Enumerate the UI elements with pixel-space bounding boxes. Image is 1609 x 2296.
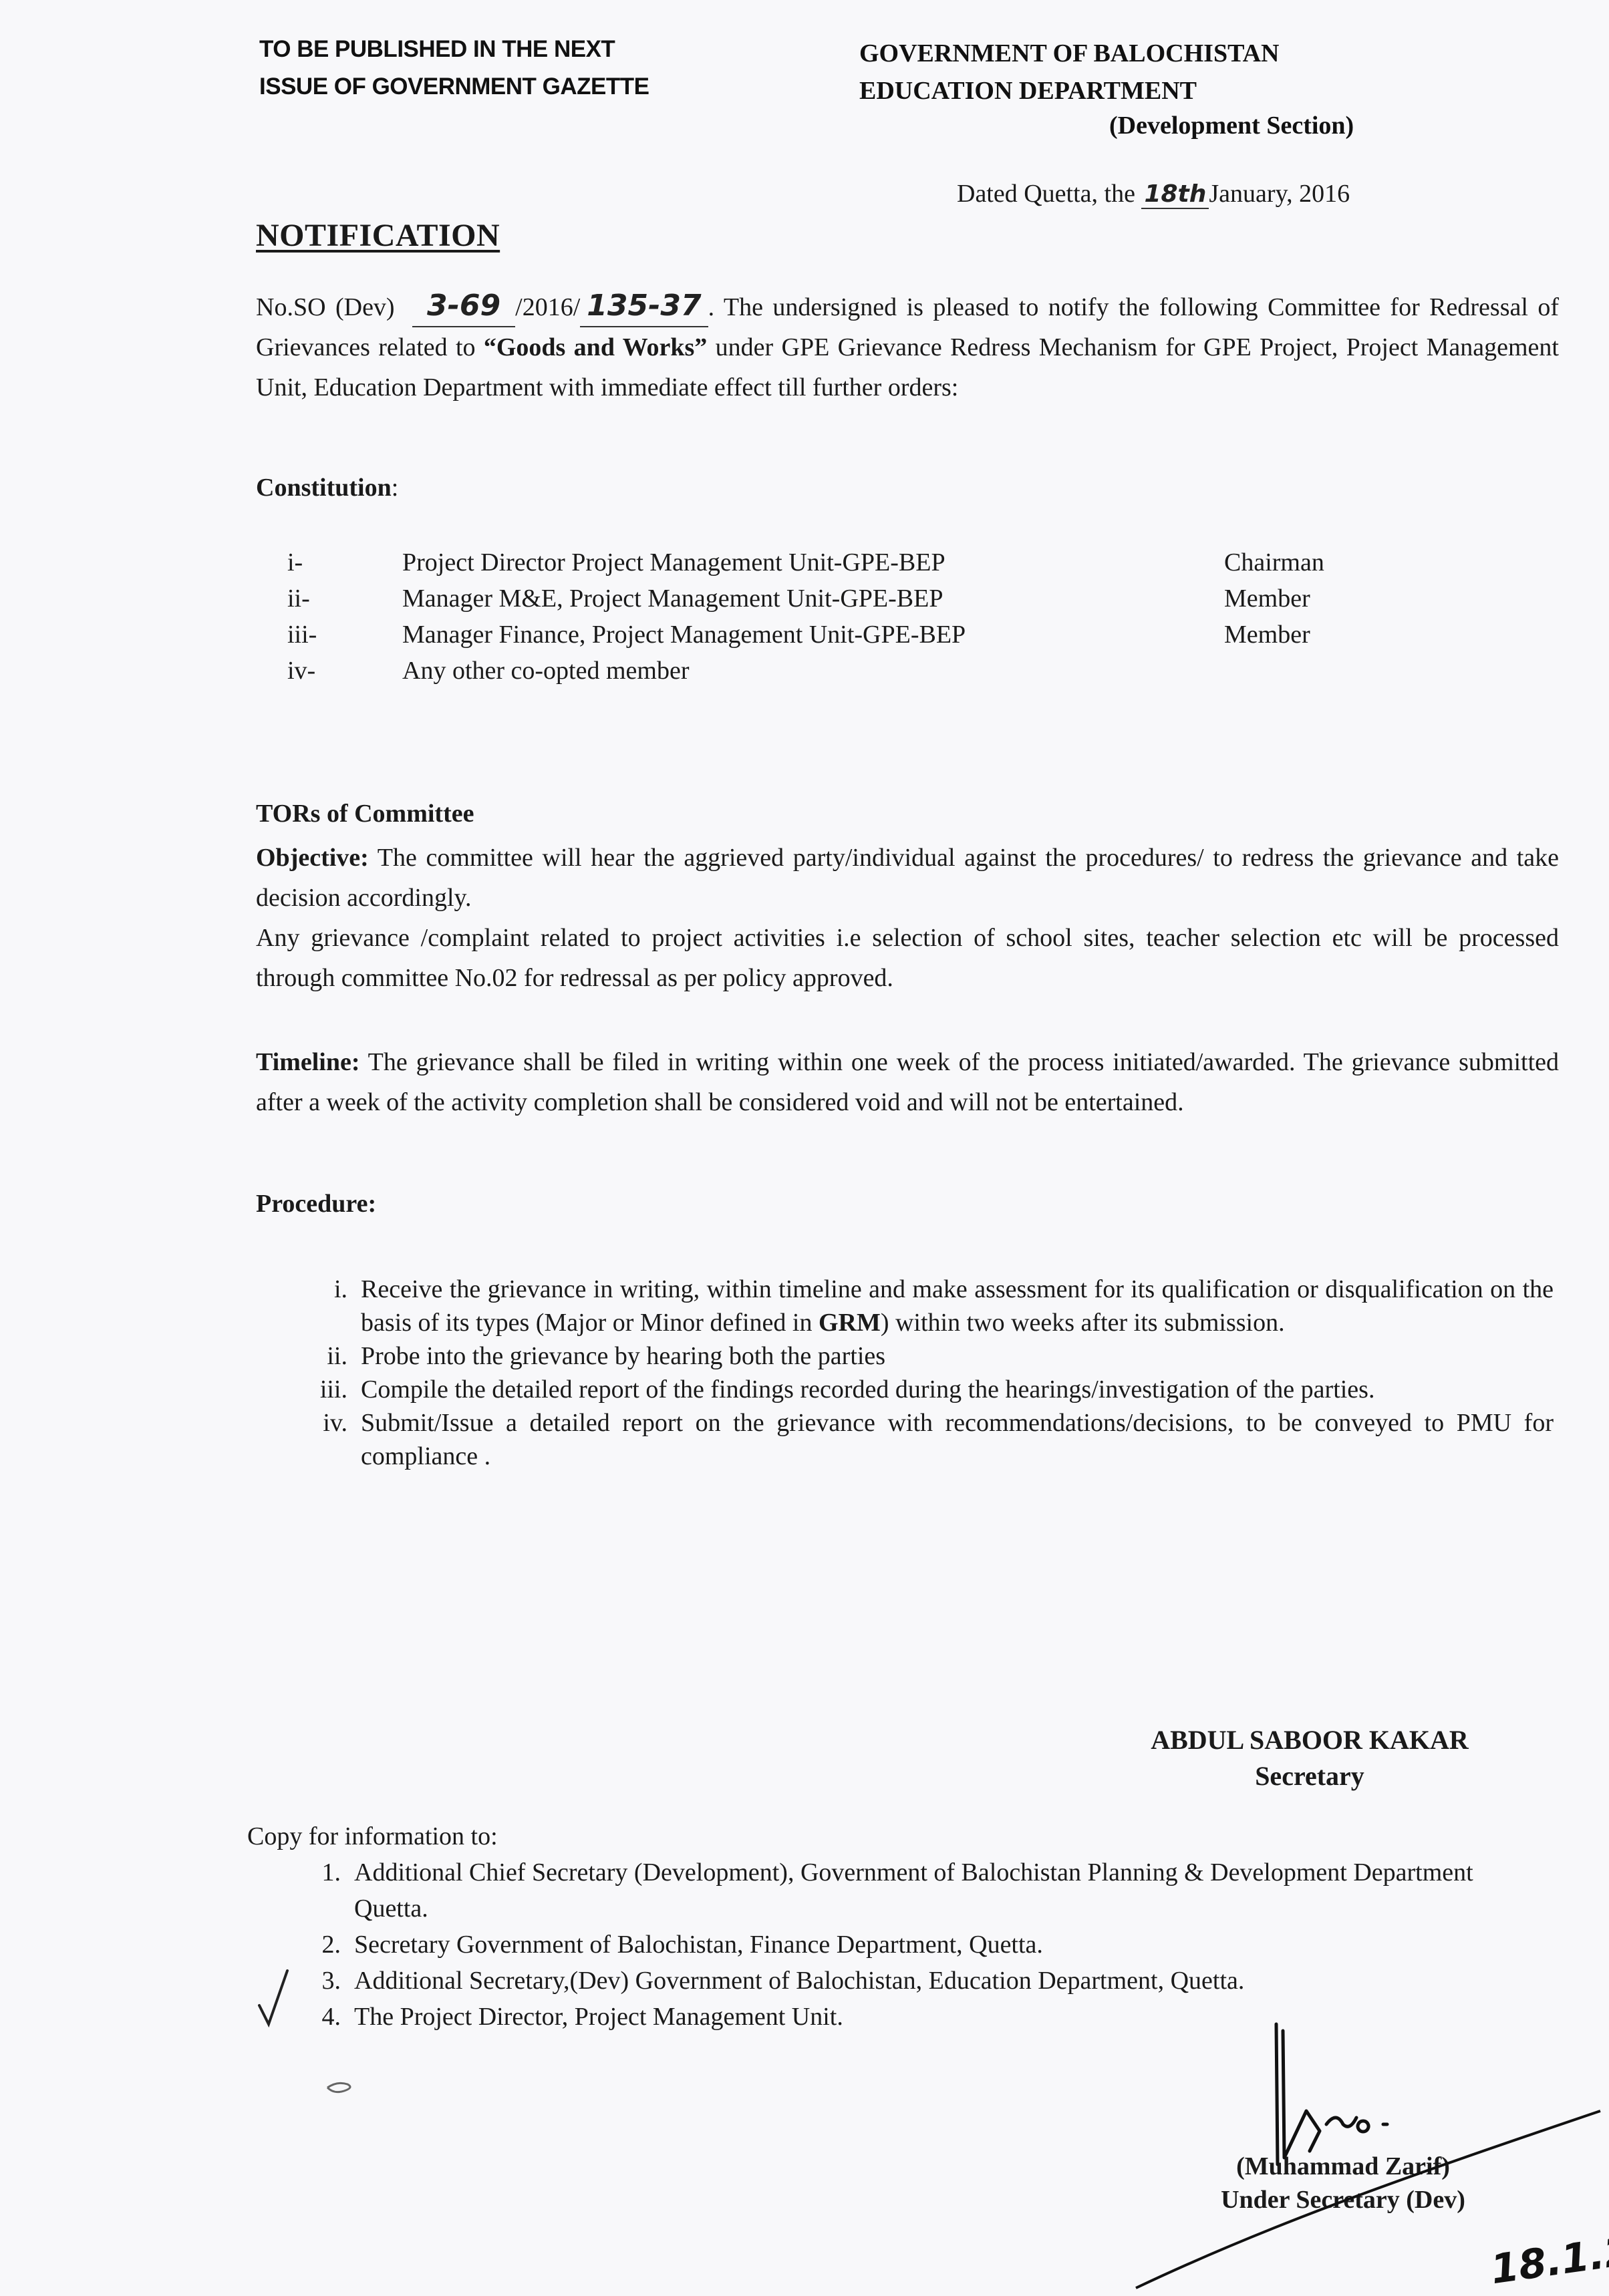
date-line: Dated Quetta, the 18thJanuary, 2016 — [957, 179, 1350, 209]
tors-note: Any grievance /complaint related to proj… — [256, 918, 1559, 998]
member-description: Project Director Project Management Unit… — [402, 544, 1224, 581]
member-role — [1224, 653, 1370, 689]
procedure-number: ii. — [294, 1339, 361, 1373]
copy-to-text: Secretary Government of Balochistan, Fin… — [354, 1927, 1550, 1963]
copy-to-item: 4. The Project Director, Project Managem… — [247, 1999, 1550, 2035]
copy-to-text: The Project Director, Project Management… — [354, 1999, 1550, 2035]
member-number: iv- — [287, 653, 402, 689]
under-secretary-name: (Muhammad Zarif) — [1189, 2150, 1497, 2183]
member-number: i- — [287, 544, 402, 581]
gazette-line-2: ISSUE OF GOVERNMENT GAZETTE — [259, 68, 649, 106]
handwritten-day: 18th — [1141, 180, 1209, 209]
notification-prefix: No.SO (Dev) — [256, 293, 395, 321]
goods-and-works: “Goods and Works” — [484, 333, 707, 361]
signatory-name: ABDUL SABOOR KAKAR — [1096, 1722, 1523, 1758]
member-role: Member — [1224, 581, 1370, 617]
constitution-heading: Constitution: — [256, 473, 398, 502]
grm-term: GRM — [819, 1309, 881, 1337]
committee-members: i- Project Director Project Management U… — [287, 544, 1370, 689]
under-secretary-title: Under Secretary (Dev) — [1189, 2183, 1497, 2217]
procedure-number: iii. — [294, 1373, 361, 1406]
procedure-text: Probe into the grievance by hearing both… — [361, 1339, 1554, 1373]
procedure-item: iv. Submit/Issue a detailed report on th… — [294, 1406, 1554, 1473]
procedure-item: ii. Probe into the grievance by hearing … — [294, 1339, 1554, 1373]
objective-paragraph: Objective: The committee will hear the a… — [256, 838, 1559, 918]
under-secretary-block: (Muhammad Zarif) Under Secretary (Dev) — [1189, 2150, 1497, 2217]
procedure-heading: Procedure: — [256, 1189, 376, 1218]
objective-label: Objective: — [256, 844, 369, 872]
member-row: ii- Manager M&E, Project Management Unit… — [287, 581, 1370, 617]
copy-to-block: Copy for information to: 1. Additional C… — [247, 1818, 1550, 2035]
copy-to-number: 1. — [247, 1854, 354, 1927]
letterhead: GOVERNMENT OF BALOCHISTAN EDUCATION DEPA… — [859, 35, 1279, 110]
copy-to-text: Additional Secretary,(Dev) Government of… — [354, 1963, 1550, 1999]
copy-to-item: 2. Secretary Government of Balochistan, … — [247, 1927, 1550, 1963]
member-role: Chairman — [1224, 544, 1370, 581]
member-description: Manager Finance, Project Management Unit… — [402, 617, 1224, 653]
procedure-text: Submit/Issue a detailed report on the gr… — [361, 1406, 1554, 1473]
department-name: EDUCATION DEPARTMENT — [859, 72, 1279, 110]
signatory-title: Secretary — [1096, 1758, 1523, 1794]
copy-to-heading: Copy for information to: — [247, 1818, 1550, 1854]
member-role: Member — [1224, 617, 1370, 653]
copy-to-item: 3. Additional Secretary,(Dev) Government… — [247, 1963, 1550, 1999]
page-title: NOTIFICATION — [256, 217, 500, 254]
member-description: Any other co-opted member — [402, 653, 1224, 689]
procedure-item: iii. Compile the detailed report of the … — [294, 1373, 1554, 1406]
stamp-smudge-icon — [327, 2083, 350, 2092]
section-name: (Development Section) — [1109, 111, 1354, 140]
signatory-block: ABDUL SABOOR KAKAR Secretary — [1096, 1722, 1523, 1794]
member-row: iii- Manager Finance, Project Management… — [287, 617, 1370, 653]
member-description: Manager M&E, Project Management Unit-GPE… — [402, 581, 1224, 617]
timeline-label: Timeline: — [256, 1048, 360, 1076]
handwritten-dispatch-no: 135-37 — [580, 286, 708, 327]
date-prefix: Dated Quetta, the — [957, 180, 1135, 208]
notification-year: /2016/ — [515, 293, 580, 321]
signature-icon — [1276, 2024, 1387, 2164]
member-row: i- Project Director Project Management U… — [287, 544, 1370, 581]
copy-to-item: 1. Additional Chief Secretary (Developme… — [247, 1854, 1550, 1927]
government-name: GOVERNMENT OF BALOCHISTAN — [859, 35, 1279, 72]
tors-heading: TORs of Committee — [256, 799, 474, 828]
member-number: iii- — [287, 617, 402, 653]
notification-paragraph: No.SO (Dev) 3-69/2016/135-37. The unders… — [256, 286, 1559, 407]
gazette-note: TO BE PUBLISHED IN THE NEXT ISSUE OF GOV… — [259, 31, 649, 106]
timeline-paragraph: Timeline: The grievance shall be filed i… — [256, 1042, 1559, 1122]
procedure-text: Compile the detailed report of the findi… — [361, 1373, 1554, 1406]
timeline-text: The grievance shall be filed in writing … — [256, 1048, 1559, 1116]
copy-to-number: 2. — [247, 1927, 354, 1963]
copy-to-number: 4. — [247, 1999, 354, 2035]
gazette-line-1: TO BE PUBLISHED IN THE NEXT — [259, 31, 649, 68]
handwritten-file-no: 3-69 — [412, 286, 515, 327]
copy-to-text: Additional Chief Secretary (Development)… — [354, 1854, 1550, 1927]
handwritten-signature-date: 18.1.2016 — [1488, 2216, 1609, 2293]
procedure-number: i. — [294, 1273, 361, 1339]
procedure-list: i. Receive the grievance in writing, wit… — [294, 1273, 1554, 1473]
member-number: ii- — [287, 581, 402, 617]
copy-to-number: 3. — [247, 1963, 354, 1999]
date-suffix: January, 2016 — [1209, 180, 1350, 208]
objective-text: The committee will hear the aggrieved pa… — [256, 844, 1559, 912]
member-row: iv- Any other co-opted member — [287, 653, 1370, 689]
procedure-item: i. Receive the grievance in writing, wit… — [294, 1273, 1554, 1339]
procedure-number: iv. — [294, 1406, 361, 1473]
